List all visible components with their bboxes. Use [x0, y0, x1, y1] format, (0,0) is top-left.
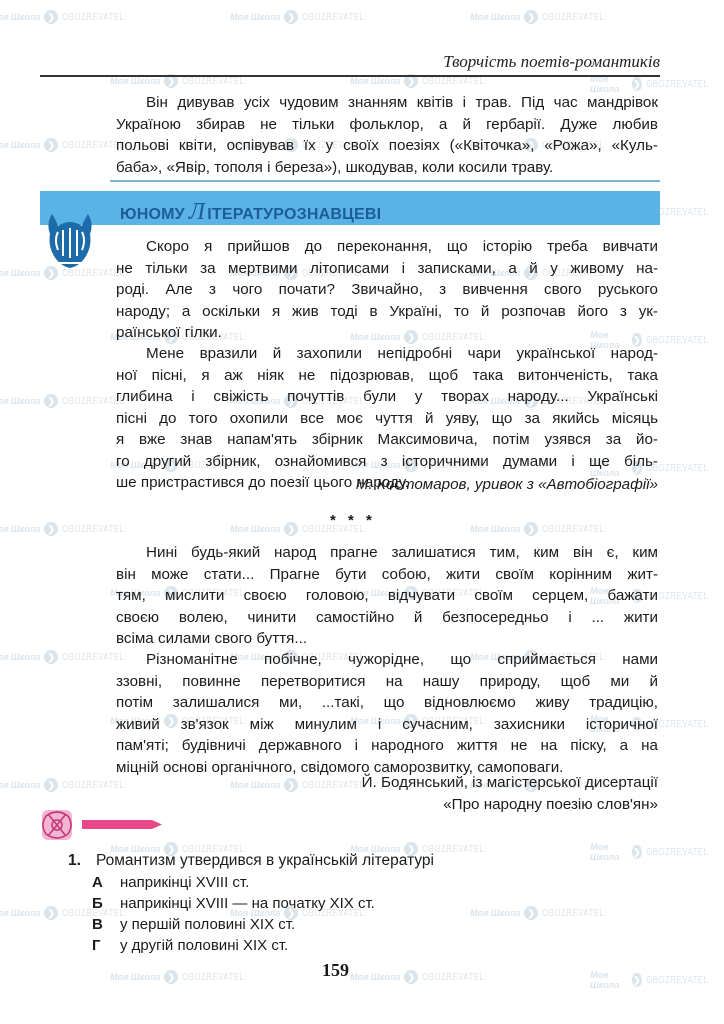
- quote1-paragraph2: Мене вразили й захопили непідробні чари …: [116, 343, 658, 494]
- text-line: раїнської гілки.: [116, 322, 658, 344]
- text-line: роді. Але з чого почати? Звичайно, з вив…: [116, 279, 658, 301]
- watermark: Моя Школа❯OBOZREVATEL: [0, 522, 140, 536]
- answer-option: Ву першій половині XIX ст.: [92, 914, 295, 935]
- text-line: ззовні, повинне перетворитися на нашу пр…: [116, 671, 658, 693]
- text-line: він може стати... Прагне бути собою, жит…: [116, 564, 658, 586]
- text-line: Україною збирав не тільки фольклор, а й …: [116, 114, 658, 136]
- option-letter: А: [92, 872, 120, 893]
- section-banner-title: ЮНОМУЛІТЕРАТУРОЗНАВЦЕВІ: [120, 199, 381, 226]
- separator-stars: * * *: [330, 512, 376, 529]
- banner-initial: Л: [189, 199, 205, 225]
- option-letter: Г: [92, 935, 120, 956]
- banner-rest: ІТЕРАТУРОЗНАВЦЕВІ: [207, 206, 381, 223]
- answer-option: Анаприкінці XVIII ст.: [92, 872, 249, 893]
- pink-arrow-bar: [82, 820, 162, 829]
- text-line: Різноманітне побічне, чужорідне, що спри…: [116, 649, 658, 671]
- quote2-paragraph2: Різноманітне побічне, чужорідне, що спри…: [116, 649, 658, 778]
- watermark: Моя Школа❯OBOZREVATEL: [590, 970, 724, 990]
- text-line: Він дивував усіх чудовим знанням квітів …: [116, 92, 658, 114]
- option-text: у другій половині XIX ст.: [120, 937, 288, 954]
- running-head: Творчість поетів-романтиків: [380, 52, 660, 72]
- banner-prefix: ЮНОМУ: [120, 206, 185, 223]
- text-line: народу; а оскільки я жив тоді в Україні,…: [116, 301, 658, 323]
- watermark: Моя Школа❯OBOZREVATEL: [470, 522, 620, 536]
- text-line: Мене вразили й захопили непідробні чари …: [116, 343, 658, 365]
- text-line: Нині будь-який народ прагне залишатися т…: [116, 542, 658, 564]
- quote2-paragraph1: Нині будь-який народ прагне залишатися т…: [116, 542, 658, 650]
- quote2-signature-line1: Й. Бодянський, із магістерської дисертац…: [250, 774, 658, 791]
- text-line: глибина і свіжість почуттів були у твора…: [116, 386, 658, 408]
- celtic-knot-icon: [40, 808, 74, 842]
- text-line: не тільки за мертвими літописами і запис…: [116, 258, 658, 280]
- quote2-signature-line2: «Про народну поезію слов'ян»: [250, 796, 658, 813]
- question-number: 1.: [68, 850, 81, 871]
- intro-paragraph: Він дивував усіх чудовим знанням квітів …: [116, 92, 658, 178]
- text-line: ної пісні, я аж ніяк не підозрював, щоб …: [116, 365, 658, 387]
- text-line: пам'яті; будівничі державного і народног…: [116, 735, 658, 757]
- header-rule: [40, 75, 660, 77]
- watermark: Моя Школа❯OBOZREVATEL: [0, 10, 140, 24]
- text-line: потім залишалися ми, ...такі, що відновл…: [116, 692, 658, 714]
- quote1-signature: М. Костомаров, уривок з «Автобіографії»: [250, 476, 658, 493]
- quote1-paragraph1: Скоро я прийшов до переконання, що істор…: [116, 236, 658, 344]
- option-text: наприкінці XVIII — на початку XIX ст.: [120, 895, 375, 912]
- text-line: своєю волею, чинити самостійно й безпосе…: [116, 607, 658, 629]
- watermark: Моя Школа❯OBOZREVATEL: [590, 74, 724, 94]
- text-line: тям, мислити своєю головою, відчувати св…: [116, 585, 658, 607]
- answer-option: Гу другій половині XIX ст.: [92, 935, 288, 956]
- watermark: Моя Школа❯OBOZREVATEL: [470, 906, 620, 920]
- section-divider: [110, 180, 660, 182]
- text-line: баба», «Явір, тополя і береза»), шкодува…: [116, 157, 658, 179]
- question-text: Романтизм утвердився в українській літер…: [96, 850, 434, 871]
- page-number: 159: [322, 960, 349, 981]
- answer-option: Бнаприкінці XVIII — на початку XIX ст.: [92, 893, 375, 914]
- text-line: я вже знав напам'ять збірник Максимовича…: [116, 429, 658, 451]
- option-letter: Б: [92, 893, 120, 914]
- watermark: Моя Школа❯OBOZREVATEL: [590, 842, 724, 862]
- watermark: Моя Школа❯OBOZREVATEL: [230, 10, 380, 24]
- text-line: живий зв'язок між минулим і сучасним, за…: [116, 714, 658, 736]
- option-letter: В: [92, 914, 120, 935]
- option-text: наприкінці XVIII ст.: [120, 874, 249, 891]
- watermark: Моя Школа❯OBOZREVATEL: [470, 10, 620, 24]
- lyre-icon: [44, 210, 96, 272]
- watermark: Моя Школа❯OBOZREVATEL: [350, 970, 500, 984]
- text-line: польові квіти, оспівував їх у своїх поез…: [116, 135, 658, 157]
- text-line: Скоро я прийшов до переконання, що істор…: [116, 236, 658, 258]
- watermark: Моя Школа❯OBOZREVATEL: [0, 778, 140, 792]
- text-line: го другий збірник, ознайомився з історич…: [116, 451, 658, 473]
- text-line: всіма силами свого буття...: [116, 628, 658, 650]
- watermark: Моя Школа❯OBOZREVATEL: [110, 970, 260, 984]
- option-text: у першій половині XIX ст.: [120, 916, 295, 933]
- text-line: пісні до того охопили все моє чуття й уя…: [116, 408, 658, 430]
